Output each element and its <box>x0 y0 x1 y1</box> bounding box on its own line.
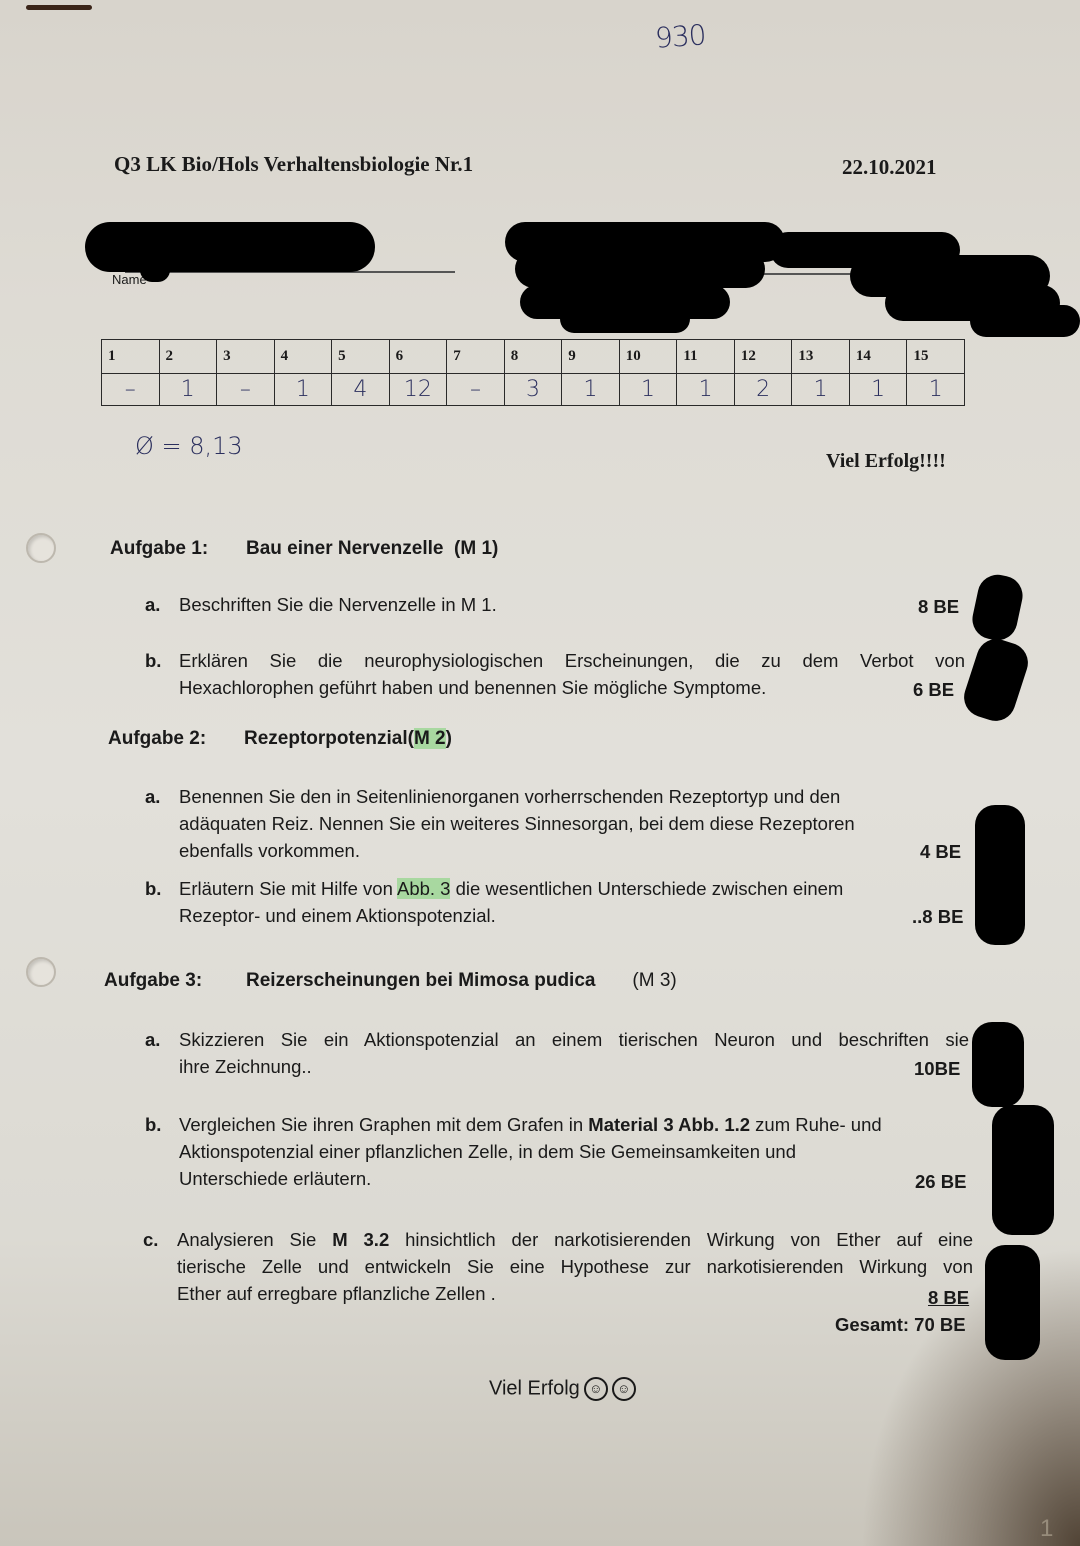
pen-mark <box>26 5 92 10</box>
task-number-cell: 6 <box>389 340 447 374</box>
task-number-cell: 10 <box>619 340 677 374</box>
binder-hole <box>26 957 56 987</box>
task-grade-cell: 1 <box>619 374 677 406</box>
redaction <box>975 805 1025 945</box>
exam-title: Q3 LK Bio/Hols Verhaltensbiologie Nr.1 <box>114 152 473 177</box>
good-luck-bottom: Viel Erfolg☺☺ <box>489 1377 636 1401</box>
redaction <box>985 1245 1040 1360</box>
redaction <box>85 222 375 272</box>
task-grade-cell: 1 <box>907 374 965 406</box>
task-3-heading: Aufgabe 3:Reizerscheinungen bei Mimosa p… <box>104 970 677 992</box>
task-grade-cell: 1 <box>849 374 907 406</box>
task-number-cell: 11 <box>677 340 735 374</box>
task-grade-cell: 1 <box>562 374 620 406</box>
task-number-cell: 15 <box>907 340 965 374</box>
task-grade-cell: 1 <box>274 374 332 406</box>
task-1-heading: Aufgabe 1:Bau einer Nervenzelle (M 1) <box>110 538 498 560</box>
task-number-cell: 5 <box>332 340 390 374</box>
task-grade-cell: 4 <box>332 374 390 406</box>
points-3b: 26 BE <box>915 1171 966 1193</box>
task-number-cell: 8 <box>504 340 562 374</box>
task-1b: b.Erklären Sie die neurophysiologischen … <box>145 647 965 701</box>
smiley-icon: ☺ <box>612 1377 636 1401</box>
good-luck-top: Viel Erfolg!!!! <box>826 450 946 473</box>
highlight: Abb. 3 <box>397 878 451 899</box>
redaction <box>560 305 690 333</box>
task-2b: b.Erläutern Sie mit Hilfe von Abb. 3 die… <box>145 875 843 929</box>
redaction <box>969 571 1027 644</box>
task-3a: a.Skizzieren Sie ein Aktionspotenzial an… <box>145 1026 969 1080</box>
task-2-heading: Aufgabe 2:Rezeptorpotenzial(M 2) <box>108 728 452 750</box>
grades-table: 123456789101112131415 –1–1412–31112111 <box>101 339 965 406</box>
task-grade-cell: – <box>217 374 275 406</box>
task-3c: c.Analysieren Sie M 3.2 hinsichtlich der… <box>143 1226 973 1307</box>
handwritten-score: 930 <box>654 18 707 54</box>
task-grade-cell: – <box>447 374 505 406</box>
task-number-cell: 9 <box>562 340 620 374</box>
exam-date: 22.10.2021 <box>842 155 937 180</box>
task-number-cell: 13 <box>792 340 850 374</box>
task-grade-cell: 1 <box>159 374 217 406</box>
task-material: (M 1) <box>454 538 498 559</box>
task-label: Aufgabe 1: <box>110 538 246 560</box>
redaction <box>140 268 170 282</box>
highlight: M 2 <box>414 728 446 749</box>
redaction <box>970 305 1080 337</box>
points-3a: 10BE <box>914 1058 960 1080</box>
task-number-cell: 4 <box>274 340 332 374</box>
average-grade: Ø = 8,13 <box>135 432 243 460</box>
task-grade-cell: 3 <box>504 374 562 406</box>
task-grade-cell: 2 <box>734 374 792 406</box>
task-1a: a.Beschriften Sie die Nervenzelle in M 1… <box>145 591 497 618</box>
task-number-cell: 12 <box>734 340 792 374</box>
smiley-icon: ☺ <box>584 1377 608 1401</box>
task-number-cell: 7 <box>447 340 505 374</box>
points-1a: 8 BE <box>918 596 959 618</box>
redaction <box>972 1022 1024 1107</box>
task-2a: a.Benennen Sie den in Seitenlinienorgane… <box>145 783 855 864</box>
task-number-cell: 3 <box>217 340 275 374</box>
points-1b: 6 BE <box>913 679 954 701</box>
task-number-cell: 14 <box>849 340 907 374</box>
redaction <box>992 1105 1054 1235</box>
task-grade-cell: 1 <box>792 374 850 406</box>
task-number-cell: 1 <box>102 340 160 374</box>
task-3b: b.Vergleichen Sie ihren Graphen mit dem … <box>145 1111 882 1192</box>
redaction <box>959 634 1033 726</box>
total-points: Gesamt: 70 BE <box>835 1314 966 1336</box>
binder-hole <box>26 533 56 563</box>
task-grade-cell: 1 <box>677 374 735 406</box>
task-grade-cell: – <box>102 374 160 406</box>
task-grade-cell: 12 <box>389 374 447 406</box>
points-2b: ..8 BE <box>912 906 963 928</box>
task-title: Bau einer Nervenzelle <box>246 538 443 559</box>
task-number-cell: 2 <box>159 340 217 374</box>
points-3c: 8 BE <box>928 1287 969 1309</box>
page-number: 1 <box>1040 1515 1053 1543</box>
points-2a: 4 BE <box>920 841 961 863</box>
redaction <box>515 250 765 288</box>
